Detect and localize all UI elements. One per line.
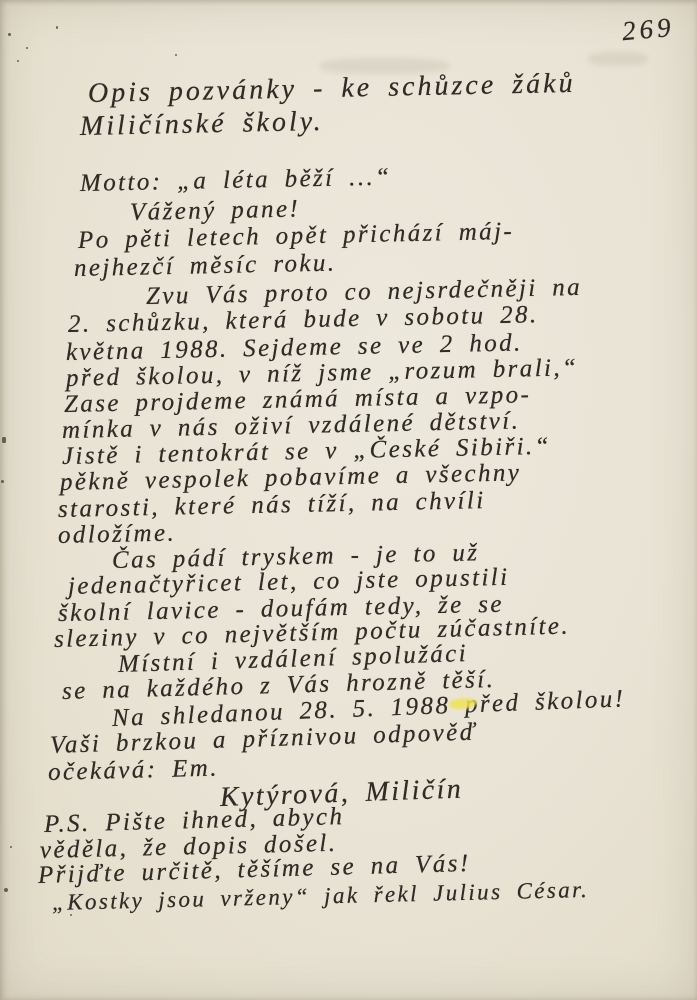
paper-speck <box>4 888 8 892</box>
handwritten-line: Opis pozvánky - ke schůzce žáků <box>88 70 576 108</box>
paper-speck <box>8 33 11 36</box>
handwritten-line: očekává: Em. <box>48 756 219 785</box>
paper-speck <box>26 47 28 49</box>
paper-speck <box>2 437 6 443</box>
page-number: 269 <box>621 12 676 47</box>
paper-speck <box>17 60 19 62</box>
paper-speck <box>175 54 177 56</box>
handwritten-line: Motto: „a léta běží ...“ <box>80 164 392 196</box>
handwritten-line: odložíme. <box>58 521 177 548</box>
handwritten-line: Vážený pane! <box>130 196 301 225</box>
paper-speck <box>56 26 58 29</box>
bleed-through-smudge <box>588 52 648 66</box>
paper-speck <box>10 846 12 848</box>
handwritten-line: Miličínské školy. <box>80 108 324 141</box>
paper-speck <box>70 914 72 916</box>
paper-speck <box>1 480 4 483</box>
handwritten-line: nejhezčí měsíc roku. <box>74 251 337 281</box>
scanned-page: 269 Opis pozvánky - ke schůzce žáků Mili… <box>0 0 697 1000</box>
